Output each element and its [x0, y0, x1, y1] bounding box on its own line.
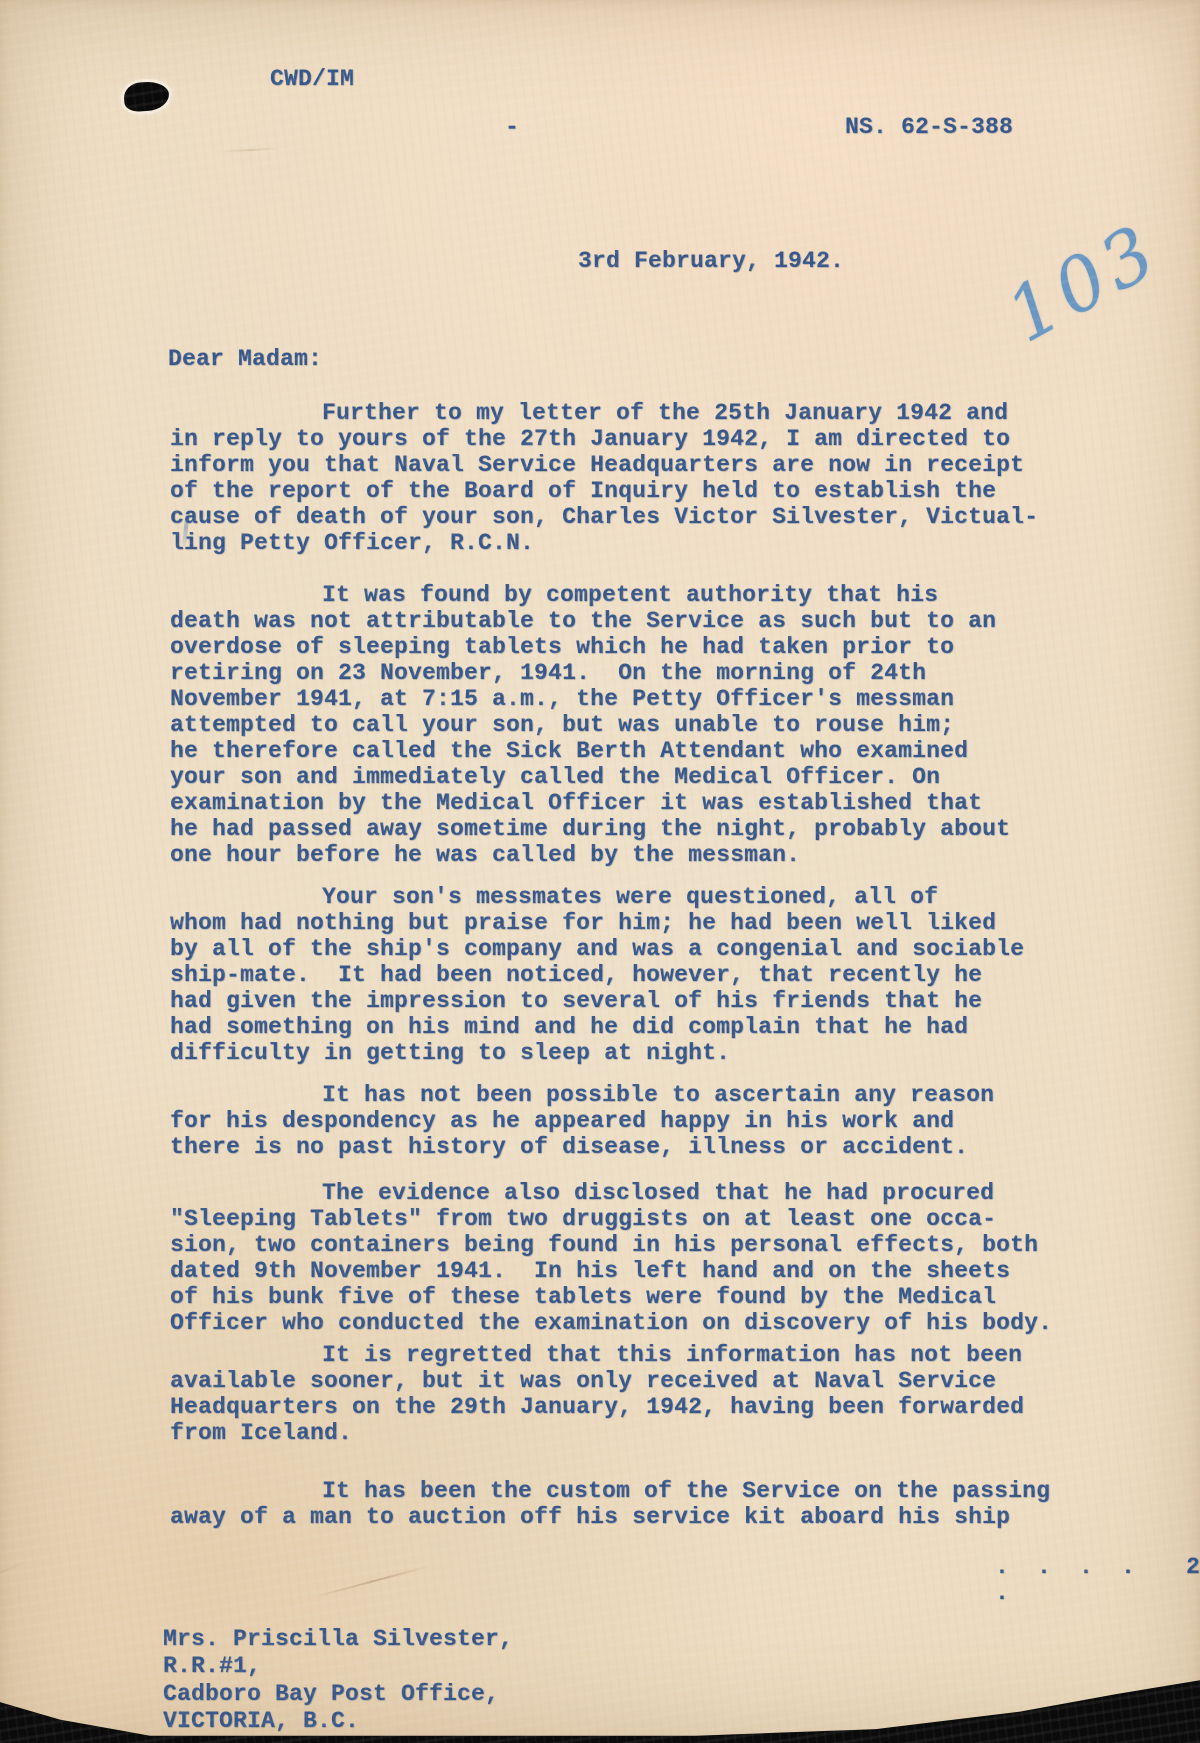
paragraph-2: It was found by competent authority that… — [170, 582, 1075, 868]
paragraph-4: It has not been possible to ascertain an… — [170, 1082, 1075, 1160]
paragraph-6: It is regretted that this information ha… — [170, 1342, 1075, 1446]
paragraph-5: The evidence also disclosed that he had … — [170, 1180, 1075, 1336]
paragraph-7: It has been the custom of the Service on… — [170, 1478, 1075, 1530]
letter-scan: CWD/IM - NS. 62-S-388 3rd February, 1942… — [0, 0, 1200, 1743]
file-number: NS. 62-S-388 — [845, 114, 1013, 140]
paragraph-1: Further to my letter of the 25th January… — [170, 400, 1075, 556]
handwritten-page-number: 103 — [993, 207, 1191, 390]
paper-crease — [314, 1565, 430, 1598]
salutation: Dear Madam: — [168, 346, 322, 372]
continuation-marker: . . . . . 2 — [995, 1554, 1200, 1606]
paper-crease — [0, 1560, 29, 1633]
next-page-number: 2 — [1186, 1554, 1200, 1580]
continuation-dots: . . . . . — [995, 1554, 1162, 1606]
recipient-name-line: Mrs. Priscilla Silvester, — [163, 1626, 513, 1653]
center-dash: - — [505, 114, 519, 140]
punch-hole — [123, 80, 170, 112]
recipient-city-line: VICTORIA, B.C. — [163, 1708, 359, 1735]
recipient-route-line: R.R.#1, — [163, 1653, 261, 1680]
typist-initials: CWD/IM — [270, 66, 354, 92]
date-line: 3rd February, 1942. — [578, 248, 844, 274]
paragraph-3: Your son's messmates were questioned, al… — [170, 884, 1075, 1066]
recipient-office-line: Cadboro Bay Post Office, — [163, 1681, 499, 1708]
paper-crease — [221, 147, 281, 152]
